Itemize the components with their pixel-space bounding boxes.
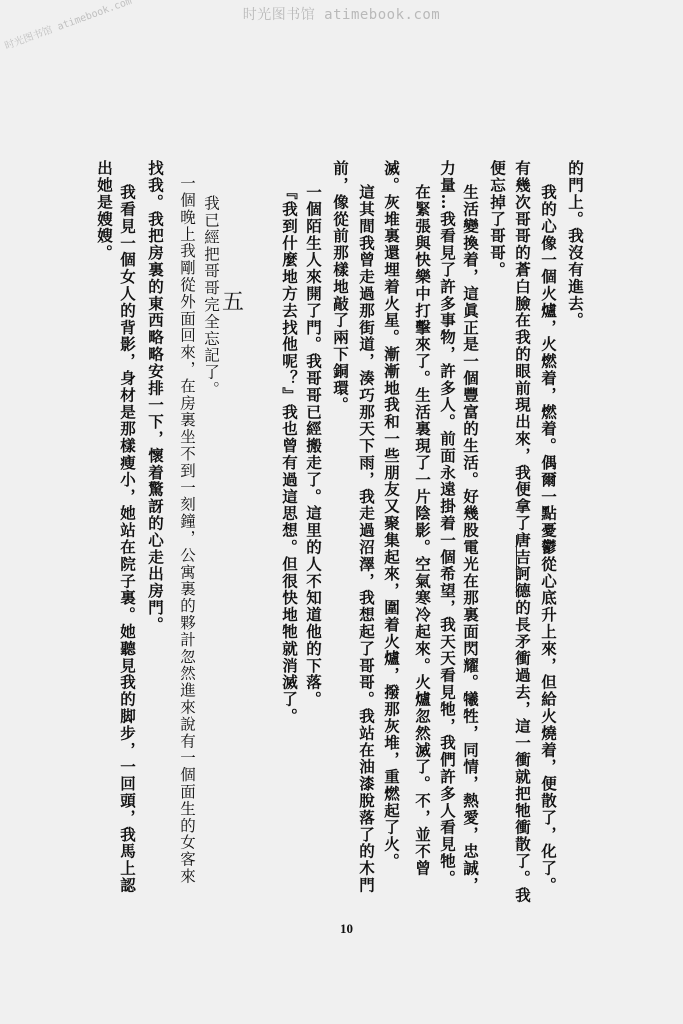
text-column: 的門上。我沒有進去。 <box>567 160 584 329</box>
text-column: 前，像從前那樣地敲了兩下銅環。 <box>332 160 349 414</box>
text-column: 一個陌生人來開了門。我哥哥已經搬走了。這里的人不知道他的下落。 <box>305 184 322 708</box>
text-column: 我的心像一個火爐，火燃着，燃着。偶爾一點憂鬱從心底升上來，但給火燒着，便散了，化… <box>540 184 557 894</box>
text-column: 我看見一個女人的背影，身材是那樣瘦小，她站在院子裏。她聽見我的脚步，一回頭，我馬… <box>119 184 136 894</box>
text-column: 在緊張與快樂中打擊來了。生活裏現了一片陰影。空氣寒冷起來。火爐忽然滅了。不，並不… <box>414 184 431 877</box>
text-column: 力量…我看見了許多事物，許多人。前面永遠掛着一個希望，我天天看見牠，我們許多人看… <box>439 160 456 887</box>
text-column: 『我到什麼地方去找他呢？』我也曾有過這思想。但很快地牠就消滅了。 <box>281 184 298 725</box>
text-column: 便忘掉了哥哥。 <box>489 160 506 278</box>
section-heading: 五 <box>222 285 244 316</box>
text-column: 找我。我把房裏的東西略略安排一下，懷着驚訝的心走出房門。 <box>147 160 164 633</box>
text-column: 我已經把哥哥完全忘記了。 <box>202 195 219 398</box>
text-column: 一個晚上我剛從外面回來，在房裏坐不到一刻鐘，公寓裏的夥計忽然進來說有一個面生的女… <box>178 175 195 885</box>
proper-noun-sideline <box>516 535 517 597</box>
text-column: 有幾次哥哥的蒼白臉在我的眼前現出來，我便拿了唐吉訶德的長矛衝過去，這一衝就把牠衝… <box>514 160 531 904</box>
text-column: 滅。灰堆裏還埋着火星。漸漸地我和一些朋友又聚集起來，圍着火爐，撥那灰堆，重燃起了… <box>383 160 400 870</box>
page-number: 10 <box>340 921 353 937</box>
text-column: 這其間我曾走過那街道，湊巧那天下雨，我走過沼澤，我想起了哥哥。我站在油漆脫落了的… <box>358 184 375 894</box>
text-column: 生活變換着，這眞正是一個豐富的生活。好幾股電光在那裏面閃耀。犧牲，同情，熱愛，忠… <box>462 184 479 894</box>
text-column: 出她是嫂嫂。 <box>96 160 113 261</box>
